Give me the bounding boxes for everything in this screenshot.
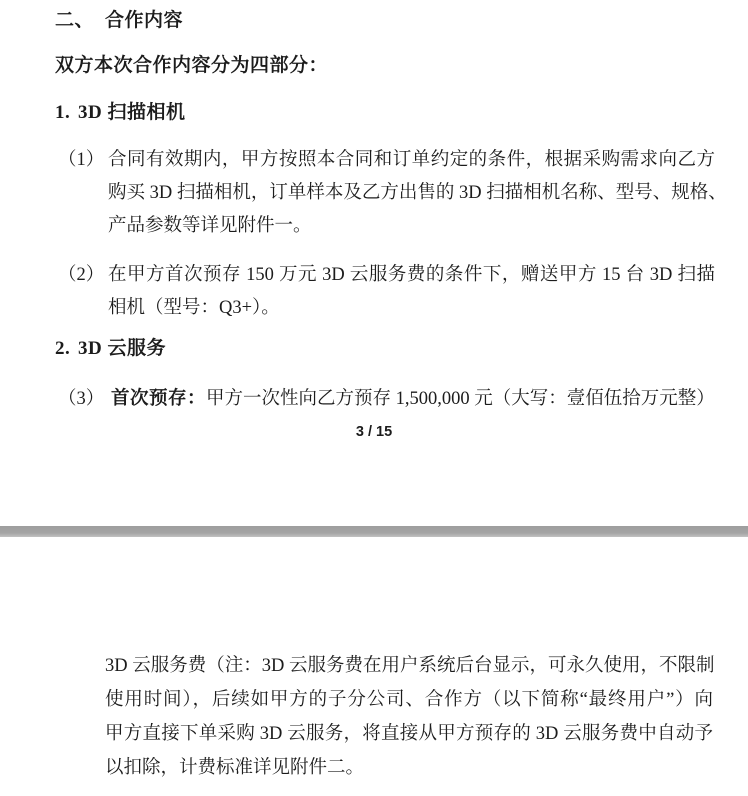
text-line: 合同有效期内，甲方按照本合同和订单约定的条件，根据采购需求向乙方	[108, 144, 715, 177]
item-3-bold-lead: 首次预存：	[111, 389, 206, 409]
subsection-1-number: 1.	[55, 101, 78, 125]
contract-item-3: （3） 首次预存：甲方一次性向乙方预存 1,500,000 元（大写：壹佰伍拾万…	[58, 383, 718, 416]
text-line: 购买 3D 扫描相机，订单样本及乙方出售的 3D 扫描相机名称、型号、规格、	[108, 177, 715, 210]
section-heading: 二、合作内容	[55, 9, 183, 33]
item-1-text: 合同有效期内，甲方按照本合同和订单约定的条件，根据采购需求向乙方购买 3D 扫描…	[108, 144, 715, 243]
item-3-body: 甲方一次性向乙方预存 1,500,000 元（大写：壹佰伍拾万元整）	[206, 389, 715, 409]
subsection-2-number: 2.	[55, 337, 78, 361]
text-line: 甲方直接下单采购 3D 云服务，将直接从甲方预存的 3D 云服务费中自动予	[105, 717, 713, 751]
item-2-marker: （2）	[58, 259, 108, 292]
text-line: 3D 云服务费（注：3D 云服务费在用户系统后台显示，可永久使用，不限制	[105, 649, 713, 683]
page-break-divider	[0, 526, 748, 537]
contract-item-2: （2） 在甲方首次预存 150 万元 3D 云服务费的条件下，赠送甲方 15 台…	[58, 259, 715, 325]
item-2-text: 在甲方首次预存 150 万元 3D 云服务费的条件下，赠送甲方 15 台 3D …	[108, 259, 715, 325]
continuation-paragraph: 3D 云服务费（注：3D 云服务费在用户系统后台显示，可永久使用，不限制使用时间…	[105, 649, 713, 785]
subsection-1-title: 3D 扫描相机	[78, 102, 185, 123]
item-3-text: 首次预存：甲方一次性向乙方预存 1,500,000 元（大写：壹佰伍拾万元整）	[111, 383, 718, 416]
item-1-marker: （1）	[58, 144, 108, 177]
page-number-footer: 3 / 15	[0, 424, 748, 440]
subsection-2-title: 3D 云服务	[78, 338, 166, 359]
item-3-marker: （3）	[58, 383, 111, 416]
subsection-heading-1: 1.3D 扫描相机	[55, 101, 185, 125]
text-line: 以扣除，计费标准详见附件二。	[105, 751, 713, 785]
section-number: 二、	[55, 9, 105, 33]
intro-paragraph: 双方本次合作内容分为四部分：	[55, 54, 328, 78]
document-page-1: 二、合作内容 双方本次合作内容分为四部分： 1.3D 扫描相机 （1） 合同有效…	[0, 0, 748, 526]
text-line: 产品参数等详见附件一。	[108, 210, 715, 243]
subsection-heading-2: 2.3D 云服务	[55, 337, 166, 361]
contract-item-1: （1） 合同有效期内，甲方按照本合同和订单约定的条件，根据采购需求向乙方购买 3…	[58, 144, 715, 243]
section-title: 合作内容	[105, 10, 183, 31]
text-line: 相机（型号：Q3+）。	[108, 292, 715, 325]
text-line: 在甲方首次预存 150 万元 3D 云服务费的条件下，赠送甲方 15 台 3D …	[108, 259, 715, 292]
document-page-2: 3D 云服务费（注：3D 云服务费在用户系统后台显示，可永久使用，不限制使用时间…	[0, 537, 748, 796]
text-line: 使用时间），后续如甲方的子分公司、合作方（以下简称“最终用户”）向	[105, 683, 713, 717]
